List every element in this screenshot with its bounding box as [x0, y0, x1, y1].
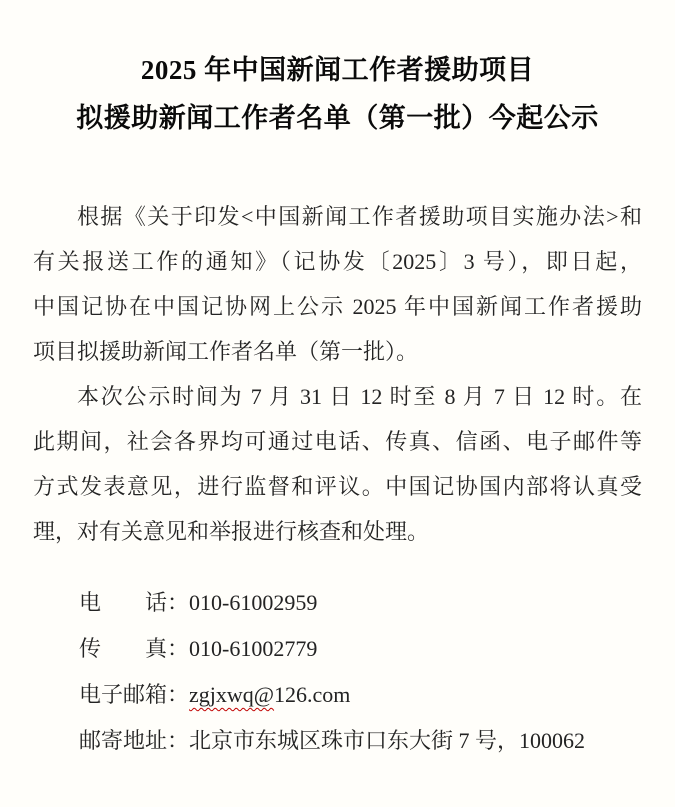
- contact-block: 电 话：010-61002959 传 真：010-61002779 电子邮箱：z…: [33, 580, 642, 764]
- contact-phone-row: 电 话：010-61002959: [79, 580, 642, 626]
- phone-label: 电 话：: [79, 590, 189, 615]
- title-line-1: 2025 年中国新闻工作者援助项目: [0, 46, 675, 94]
- address-value: 北京市东城区珠市口东大街 7 号，100062: [189, 728, 585, 753]
- paragraph-1-line-4: 项目拟援助新闻工作者名单（第一批）。: [33, 329, 642, 374]
- contact-fax-row: 传 真：010-61002779: [79, 626, 642, 672]
- paragraph-1-line-3: 中国记协在中国记协网上公示 2025 年中国新闻工作者援助: [33, 284, 642, 329]
- paragraph-2-line-1: 本次公示时间为 7 月 31 日 12 时至 8 月 7 日 12 时。在: [33, 374, 642, 419]
- document-body: 根据《关于印发<中国新闻工作者援助项目实施办法>和 有关报送工作的通知》（记协发…: [33, 194, 642, 554]
- email-label: 电子邮箱：: [79, 682, 189, 707]
- paragraph-1-line-1: 根据《关于印发<中国新闻工作者援助项目实施办法>和: [33, 194, 642, 239]
- paragraph-2-line-3: 方式发表意见，进行监督和评议。中国记协国内部将认真受: [33, 464, 642, 509]
- fax-label: 传 真：: [79, 636, 189, 661]
- email-value-flagged: zgjxwq@: [189, 682, 274, 707]
- document-page: 2025 年中国新闻工作者援助项目 拟援助新闻工作者名单（第一批）今起公示 根据…: [0, 0, 675, 807]
- email-value-rest: 126.com: [274, 682, 350, 707]
- document-title: 2025 年中国新闻工作者援助项目 拟援助新闻工作者名单（第一批）今起公示: [0, 0, 675, 142]
- paragraph-1-line-2: 有关报送工作的通知》（记协发〔2025〕3 号），即日起，: [33, 239, 642, 284]
- paragraph-2-line-2: 此期间，社会各界均可通过电话、传真、信函、电子邮件等: [33, 419, 642, 464]
- contact-address-row: 邮寄地址：北京市东城区珠市口东大街 7 号，100062: [79, 718, 642, 764]
- paragraph-2-line-4: 理，对有关意见和举报进行核查和处理。: [33, 509, 642, 554]
- fax-value: 010-61002779: [189, 636, 317, 661]
- contact-email-row: 电子邮箱：zgjxwq@126.com: [79, 672, 642, 718]
- phone-value: 010-61002959: [189, 590, 317, 615]
- title-line-2: 拟援助新闻工作者名单（第一批）今起公示: [0, 94, 675, 142]
- address-label: 邮寄地址：: [79, 728, 189, 753]
